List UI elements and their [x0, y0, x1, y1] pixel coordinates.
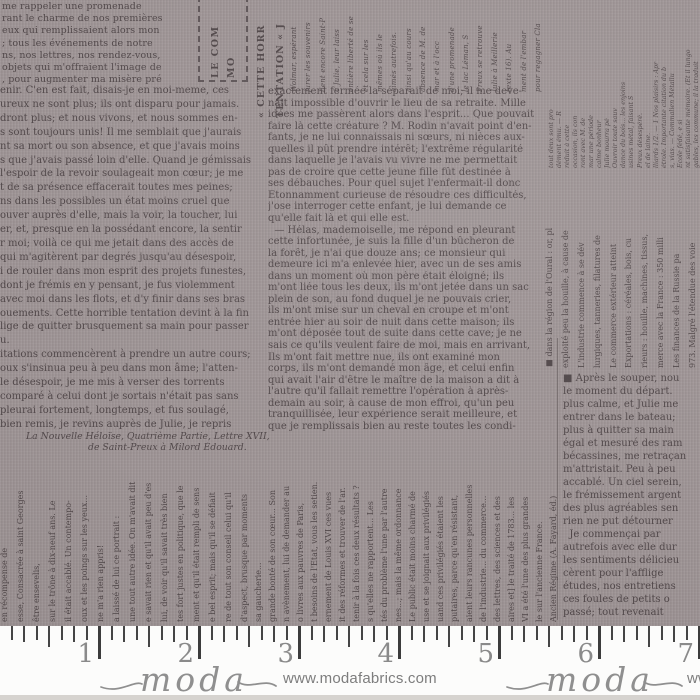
print-column: pour regagner Cla [534, 0, 542, 92]
print-column: oux et les poings sur les yeux... [80, 450, 89, 622]
ruler-tick [598, 626, 601, 659]
print-line: ils m'ont mise sur un cheval en croupe e… [268, 305, 548, 317]
dashed-box: LE COMMO [198, 0, 248, 82]
print-column: réduit à cette [564, 0, 571, 168]
print-column: ■ dans la région de l'Oural : or, pl [545, 168, 554, 368]
print-column: s qu'elles ne rapportent... Les [366, 450, 375, 622]
print-column: occasion, ils con [572, 0, 579, 168]
print-line: me rappeler une promenade [2, 1, 170, 13]
print-line: dans un moment où mon père était éloigné… [268, 271, 548, 283]
print-column: Ouvroir toute sauv [612, 0, 619, 168]
print-line: bien remis, je revins auprès de Julie, j… [0, 418, 266, 432]
ruler-tick [523, 626, 525, 642]
print-line: s que j'avais passé loin d'elle. Quand j… [0, 154, 266, 168]
print-column: tes fort justes en politique, que le [176, 450, 185, 622]
print-line: ■ Après le souper, nou [563, 372, 700, 385]
ruler-tick [223, 626, 225, 642]
print-line: idées me passèrent alors dans l'esprit..… [268, 109, 548, 121]
print-line: qui m'agitèrent par degrés jusqu'au dése… [0, 251, 266, 265]
ruler-tick [236, 626, 238, 640]
ruler-tick [286, 626, 288, 640]
ruler-tick [623, 626, 625, 642]
print-line: accablé. Un ciel serein, [563, 476, 700, 489]
print-column: s, vias. — Commalien Métallu [669, 0, 676, 168]
print-line: plein de son, au fond duquel je ne pouva… [268, 294, 548, 306]
print-column: mar une période [588, 0, 595, 168]
print-line: bécassines, me retraçan [563, 450, 700, 463]
ruler-tick [436, 626, 438, 640]
print-line: ses débauches. Pour quel sujet l'enferma… [268, 178, 548, 190]
ruler-tick [48, 626, 50, 647]
logo-flourish-left [101, 683, 142, 689]
print-line: égal et mesuré des ram [563, 437, 700, 450]
print-column: gables, les commune; il la traduit [693, 0, 700, 168]
moda-logo-script: moda [98, 664, 278, 698]
print-line: ; tous les événements de notre [2, 38, 170, 50]
print-column: e savait rien et qu'il avait peu d'es [144, 450, 153, 622]
selvage-ruler: 1234567 moda www.modafabrics.com moda ww… [0, 626, 700, 700]
print-line: comparé à celui dont je sortais n'était … [0, 390, 266, 404]
logo-text: moda [140, 664, 248, 698]
ruler-tick [686, 626, 688, 640]
print-line: Je commençai par [563, 528, 700, 541]
print-column: sur le trône à dix-neuf ans. Le [48, 450, 57, 622]
print-line: qu'elle fait là et qui elle est. [268, 213, 548, 225]
ruler-tick [561, 626, 563, 640]
print-column: d'une promenade [448, 0, 456, 92]
column-rule [557, 338, 558, 620]
after-souper-column: ■ Après le souper, noule moment du dépar… [563, 372, 700, 619]
print-line: ns, nos lettres, nos rendez-vous, [2, 50, 170, 62]
ruler-tick [548, 626, 550, 647]
print-line: qui avait l'air d'être le maître de la m… [268, 375, 548, 387]
moda-logo-script: moda [504, 664, 684, 698]
ruler-tick [248, 626, 250, 647]
moda-logo: moda [98, 664, 278, 698]
ruler-tick [311, 626, 313, 640]
print-line: itations commencèrent à prendre un autre… [0, 348, 266, 362]
print-column: nes...; mais la même ordonnance [394, 450, 403, 622]
print-column: des lettres, des sciences et des [493, 450, 502, 622]
fabric-swatch: me rappeler une promenaderant le charme … [0, 0, 700, 626]
print-line: enir. C'en est fait, disais-je en moi-me… [0, 84, 266, 98]
ruler-tick [398, 626, 401, 659]
print-line: l'espoir de la revoir soulageait mon cœu… [0, 167, 266, 181]
print-column: usines métal, faisant S [628, 0, 635, 168]
ruler-tick [586, 626, 588, 640]
print-column: lurgiques, tanneries, filatures de [593, 168, 602, 368]
logo-flourish-left [507, 683, 548, 689]
ruler-tick [511, 626, 513, 640]
ruler-tick [648, 626, 650, 647]
attribution-line: La Nouvelle Héloïse, Quatrième Partie, L… [26, 431, 302, 442]
ruler-tick [111, 626, 113, 640]
print-column: étrole. Importante citation du b [661, 0, 668, 168]
print-line: s sont toujours unis! Il me semblait que… [0, 126, 266, 140]
print-column: Wolmar, espérant [290, 0, 298, 92]
print-line: que je remplissais bien au reste toutes … [268, 421, 548, 433]
print-line: Ils m'ont fait mettre nue, ils ont exami… [268, 352, 548, 364]
ruler-tick [461, 626, 463, 640]
print-line: rant le charme de nos premières [2, 13, 170, 25]
print-column: 973. Malgré l'étendue des voie [688, 168, 697, 368]
left-mid-column: enir. C'en est fait, disais-je en moi-me… [0, 84, 266, 432]
print-column: aires et] le traité de 1783... les [507, 450, 516, 622]
header-italic-band: Wolmar, espérantjurer les souvenirslient… [290, 0, 542, 92]
print-line: cette infortunée, je suis la fille d'un … [268, 236, 548, 248]
print-column: il était accablé. Un contempo- [64, 450, 73, 622]
print-column: absence de M. de [419, 0, 427, 92]
ruler-tick [423, 626, 425, 642]
ruler-tick [348, 626, 350, 647]
print-column: grande bonté de son cœur... Son [268, 450, 277, 622]
center-column: exactement fermée la séparait de moi; il… [268, 86, 548, 432]
print-line: objets qui m'offraient l'image de [2, 62, 170, 74]
print-column: tés du problème l'une par l'autre [380, 450, 389, 622]
print-column: dément ému. — R [556, 0, 563, 168]
print-column: n avènement, lui de demander au [282, 450, 291, 622]
print-column: L'industrie commence à se dév [577, 168, 586, 368]
print-line: demeure ici m'a enlevée hier, avec un de… [268, 259, 548, 271]
print-column: ne m'a rien appris! [96, 450, 105, 622]
ruler-tick [198, 626, 201, 659]
website-url: www.modafabrics.com [687, 670, 700, 687]
ruler-tick [336, 626, 338, 640]
ruler-tick [36, 626, 38, 640]
print-column: rieurs : houille, machines, tissus, [640, 168, 649, 368]
print-column: Julie mourra pé [604, 0, 611, 168]
print-line: oux s'insinua peu à peu dans mon âme; l'… [0, 362, 266, 376]
ruler-tick [136, 626, 138, 640]
print-line: demain au soir, à cause de mon effroi, q… [268, 398, 548, 410]
print-line: entrée hier au soir de nuit dans cette m… [268, 317, 548, 329]
print-column: Les finances de la Russie pa [672, 168, 681, 368]
print-line: ouver auprès d'elle, mais la voir, la to… [0, 209, 266, 223]
print-line: Etonnamment curieuse de résoudre ces dif… [268, 190, 548, 202]
print-line: entrer dans le bateau; [563, 411, 700, 424]
ruler-tick [211, 626, 213, 640]
print-line: le désespoir, je me mis à verser des tor… [0, 376, 266, 390]
print-line: m'attristait. Peu à peu [563, 463, 700, 476]
print-column: putaires, parce qu'en résistant, [450, 450, 459, 622]
print-line: fants, je ne lui connaissais ni sœurs, n… [268, 132, 548, 144]
print-column: aient leurs rancunes personnelles [465, 450, 474, 622]
print-line: j'ose interroger cette enfant, je lui de… [268, 201, 548, 213]
print-line: ouements. Cette horrible tentation devin… [0, 307, 266, 321]
print-column: uand ces privilégiés étaient les [436, 450, 445, 622]
print-line: dans laquelle je l'avais vu vivre ne me … [268, 155, 548, 167]
print-column: use et se joignait aux privilégiés [422, 450, 431, 622]
print-column: à Julie, leur laiss [333, 0, 341, 92]
print-column: e bel esprit; mais qu'il se défiait [208, 450, 217, 622]
ruler-tick [636, 626, 638, 640]
print-column: merce avec la France : 350 milli [656, 168, 665, 368]
print-line: t de sa présence effacerait toutes mes p… [0, 181, 266, 195]
print-column: d'aspect, brusque par moments [240, 450, 249, 622]
print-column: lient encore Saint-P [319, 0, 327, 92]
fabric-product-photo: me rappeler une promenaderant le charme … [0, 0, 700, 700]
print-column: mêmes où ils le [376, 0, 384, 92]
ruler-tick [361, 626, 363, 640]
ruler-tick [661, 626, 663, 640]
print-line: dont je frémis en y pensant, je fus viol… [0, 279, 266, 293]
print-column: Le commerce extérieur atteint [609, 168, 618, 368]
print-column: LE COM [210, 0, 221, 78]
print-column: lui, de voir qu'il savait très bien [160, 450, 169, 622]
print-column: Preux se retrouve [476, 0, 484, 92]
print-line: dront plus; et nous vivons, et nous somm… [0, 112, 266, 126]
print-column: le sur l'ancienne France. [535, 450, 544, 622]
ruler-tick [498, 626, 501, 659]
print-line: m'ont liée tous les deux, ils m'ont jeté… [268, 282, 548, 294]
newsprint-print: me rappeler une promenaderant le charme … [0, 0, 700, 626]
print-line: u. [0, 334, 266, 348]
print-line: plus calme, et Julie me [563, 398, 700, 411]
print-column: esse, Consacrée à saint Georges [16, 450, 25, 622]
print-column: dance du bois... les enjoins [620, 0, 627, 168]
print-line: pleurai fortement, longtemps, et fus sou… [0, 404, 266, 418]
ruler-tick [186, 626, 188, 640]
print-column: sa gaucherie... [254, 450, 263, 622]
print-line: ureux ne sont plus; ils ont disparu pour… [0, 98, 266, 112]
ruler-tick [298, 626, 301, 659]
ruler-tick [11, 626, 13, 640]
moda-logo: moda [504, 664, 684, 698]
print-column: aimés autrefois. [390, 0, 398, 92]
print-column: de l'industrie... du commerce... [479, 450, 488, 622]
print-line: nait impossible d'ouvrir le lieu de sa r… [268, 98, 548, 110]
print-line: l'autre qu'il fallait remettre l'opérati… [268, 386, 548, 398]
print-column: el de laine. [645, 0, 652, 168]
ruler-tick [411, 626, 413, 640]
print-column: en récompense de [0, 450, 9, 622]
print-column: une tout autre idée. On m'avait dit [128, 450, 137, 622]
inch-number: 4 [356, 639, 394, 669]
print-column: t besoins de l'État, vous les setien. [310, 450, 319, 622]
print-line: lige de quitter brusquement sa main pour… [0, 320, 266, 334]
right-top-band: tout deux sont prodément ému. — Rréduit … [548, 0, 700, 168]
print-line: ns dans les possibles un état moins crue… [0, 195, 266, 209]
print-line: corps, ils m'ont demandé mon âge, et cel… [268, 363, 548, 375]
print-line: quelles il pût prendre intérêt; l'extrêm… [268, 144, 548, 156]
print-column: et cela sur les [362, 0, 370, 92]
print-column: ainsi qu'au cours [405, 0, 413, 92]
print-column: entière liberté de se [347, 0, 355, 92]
inch-number: 1 [56, 639, 94, 669]
print-line: avec moi dans les flots, et d'y finir da… [0, 293, 266, 307]
ruler-tick [448, 626, 450, 647]
logo-text: moda [546, 664, 654, 698]
ruler-tick [98, 626, 101, 659]
print-column: ernement de Louis XVI ces vues [324, 450, 333, 622]
print-line: rien ne put détourner [563, 515, 700, 528]
ruler-tick [261, 626, 263, 640]
ruler-tick [536, 626, 538, 640]
ruler-tick [486, 626, 488, 640]
print-column: mar et à l'occ [433, 0, 441, 92]
bottom-mid-band: d'aspect, brusque par momentssa gaucheri… [240, 450, 558, 622]
print-line: autrefois avec elle dur [563, 541, 700, 554]
ruler-tick [161, 626, 163, 640]
print-column: texte 16). Au [505, 0, 513, 92]
print-line: le frémissement argent [563, 489, 700, 502]
ruler-tick [148, 626, 150, 647]
print-column: « CETTE HORR [256, 0, 267, 118]
print-column: nt satisfaisante mémoire. (Et il lungo [685, 0, 692, 168]
print-column: Exportations : céréales, bois, cu [624, 168, 633, 368]
print-column: a laissé de lui ce portrait : [112, 450, 121, 622]
print-column: tout deux sont pro [548, 0, 555, 168]
inch-number: 5 [456, 639, 494, 669]
print-line: i de rouler dans mon esprit des projets … [0, 265, 266, 279]
print-column: tenir à la fois ces deux résultats ? [352, 450, 361, 622]
print-line: eux qui remplissaient alors mon [2, 25, 170, 37]
print-line: er, et, presque en la possédant encore, … [0, 223, 266, 237]
print-line: études, nos entretiens [563, 580, 700, 593]
print-line: la forêt, je n'ai que douze ans; ce mons… [268, 248, 548, 260]
print-column: le lac Léman, S [462, 0, 470, 92]
print-line: tranquillisée, leur expérience serait me… [268, 409, 548, 421]
ruler-tick [86, 626, 88, 640]
print-column: o livres aux pauvres de Paris, [296, 450, 305, 622]
photo-bottom-edge [0, 695, 700, 700]
print-line: plus à quitter sa main [563, 424, 700, 437]
print-line: passé; tout revenait [563, 606, 700, 619]
print-line: cèrent pour l'afflige [563, 567, 700, 580]
print-line: r moi; voilà ce qui me jetait dans des a… [0, 237, 266, 251]
print-column: être ensevelis, [32, 450, 41, 622]
print-line: m'ont déposée tout de suite dans cette c… [268, 328, 548, 340]
print-column: Preux désespéré. [637, 0, 644, 168]
print-column: jurer les souvenirs [304, 0, 312, 92]
print-column: calme bonheur [596, 0, 603, 168]
print-line: le moment du départ. [563, 385, 700, 398]
print-line: les sentiments délicieu [563, 554, 700, 567]
print-line: nt sa mort ou son absence, et que j'avai… [0, 140, 266, 154]
ruler-tick [61, 626, 63, 640]
print-line: ces foules de petits o [563, 593, 700, 606]
ruler-tick [386, 626, 388, 640]
print-column: ment de l'embar [520, 0, 528, 92]
print-column: it des réformes et trouver de l'ar. [338, 450, 347, 622]
print-column: exploité peu la houille, à cause de [561, 168, 570, 368]
left-top-column: me rappeler une promenaderant le charme … [2, 1, 170, 86]
print-column: ront avec M. de [580, 0, 587, 168]
website-url: www.modafabrics.com [283, 670, 437, 687]
ruler-tick [123, 626, 125, 642]
bottom-left-band: en récompense deesse, Consacrée à saint … [0, 450, 233, 622]
ruler-tick [323, 626, 325, 642]
ruler-tick [611, 626, 613, 640]
print-line: exactement fermée la séparait de moi; il… [268, 86, 548, 98]
print-column: Julie à Meillerie [491, 0, 499, 92]
print-line: faire là cette créature ? M. Rodin n'ava… [268, 121, 548, 133]
print-column: VI a été l'une des plus grandes [521, 450, 530, 622]
print-line: — Hélas, mademoiselle, me répond en pleu… [268, 225, 548, 237]
oural-band: ■ dans la région de l'Oural : or, plexpl… [545, 168, 697, 368]
print-column: lliards 1/2. — 1 Nos plaisirs : Apr [653, 0, 660, 168]
print-column: École fédé, e si [677, 0, 684, 168]
print-column: MO [226, 0, 237, 78]
print-line: sais ce qu'ils veulent faire de moi, mai… [268, 340, 548, 352]
print-column: re de tout son conseil celui qu'il [224, 450, 233, 622]
print-line: des plus agréables sen [563, 502, 700, 515]
print-line: pas de croire que cette jeune fille fût … [268, 167, 548, 179]
print-column: ment et qu'il était rempli de sens [192, 450, 201, 622]
print-column: Le public était moins charmé de [408, 450, 417, 622]
ruler-tick [23, 626, 25, 642]
